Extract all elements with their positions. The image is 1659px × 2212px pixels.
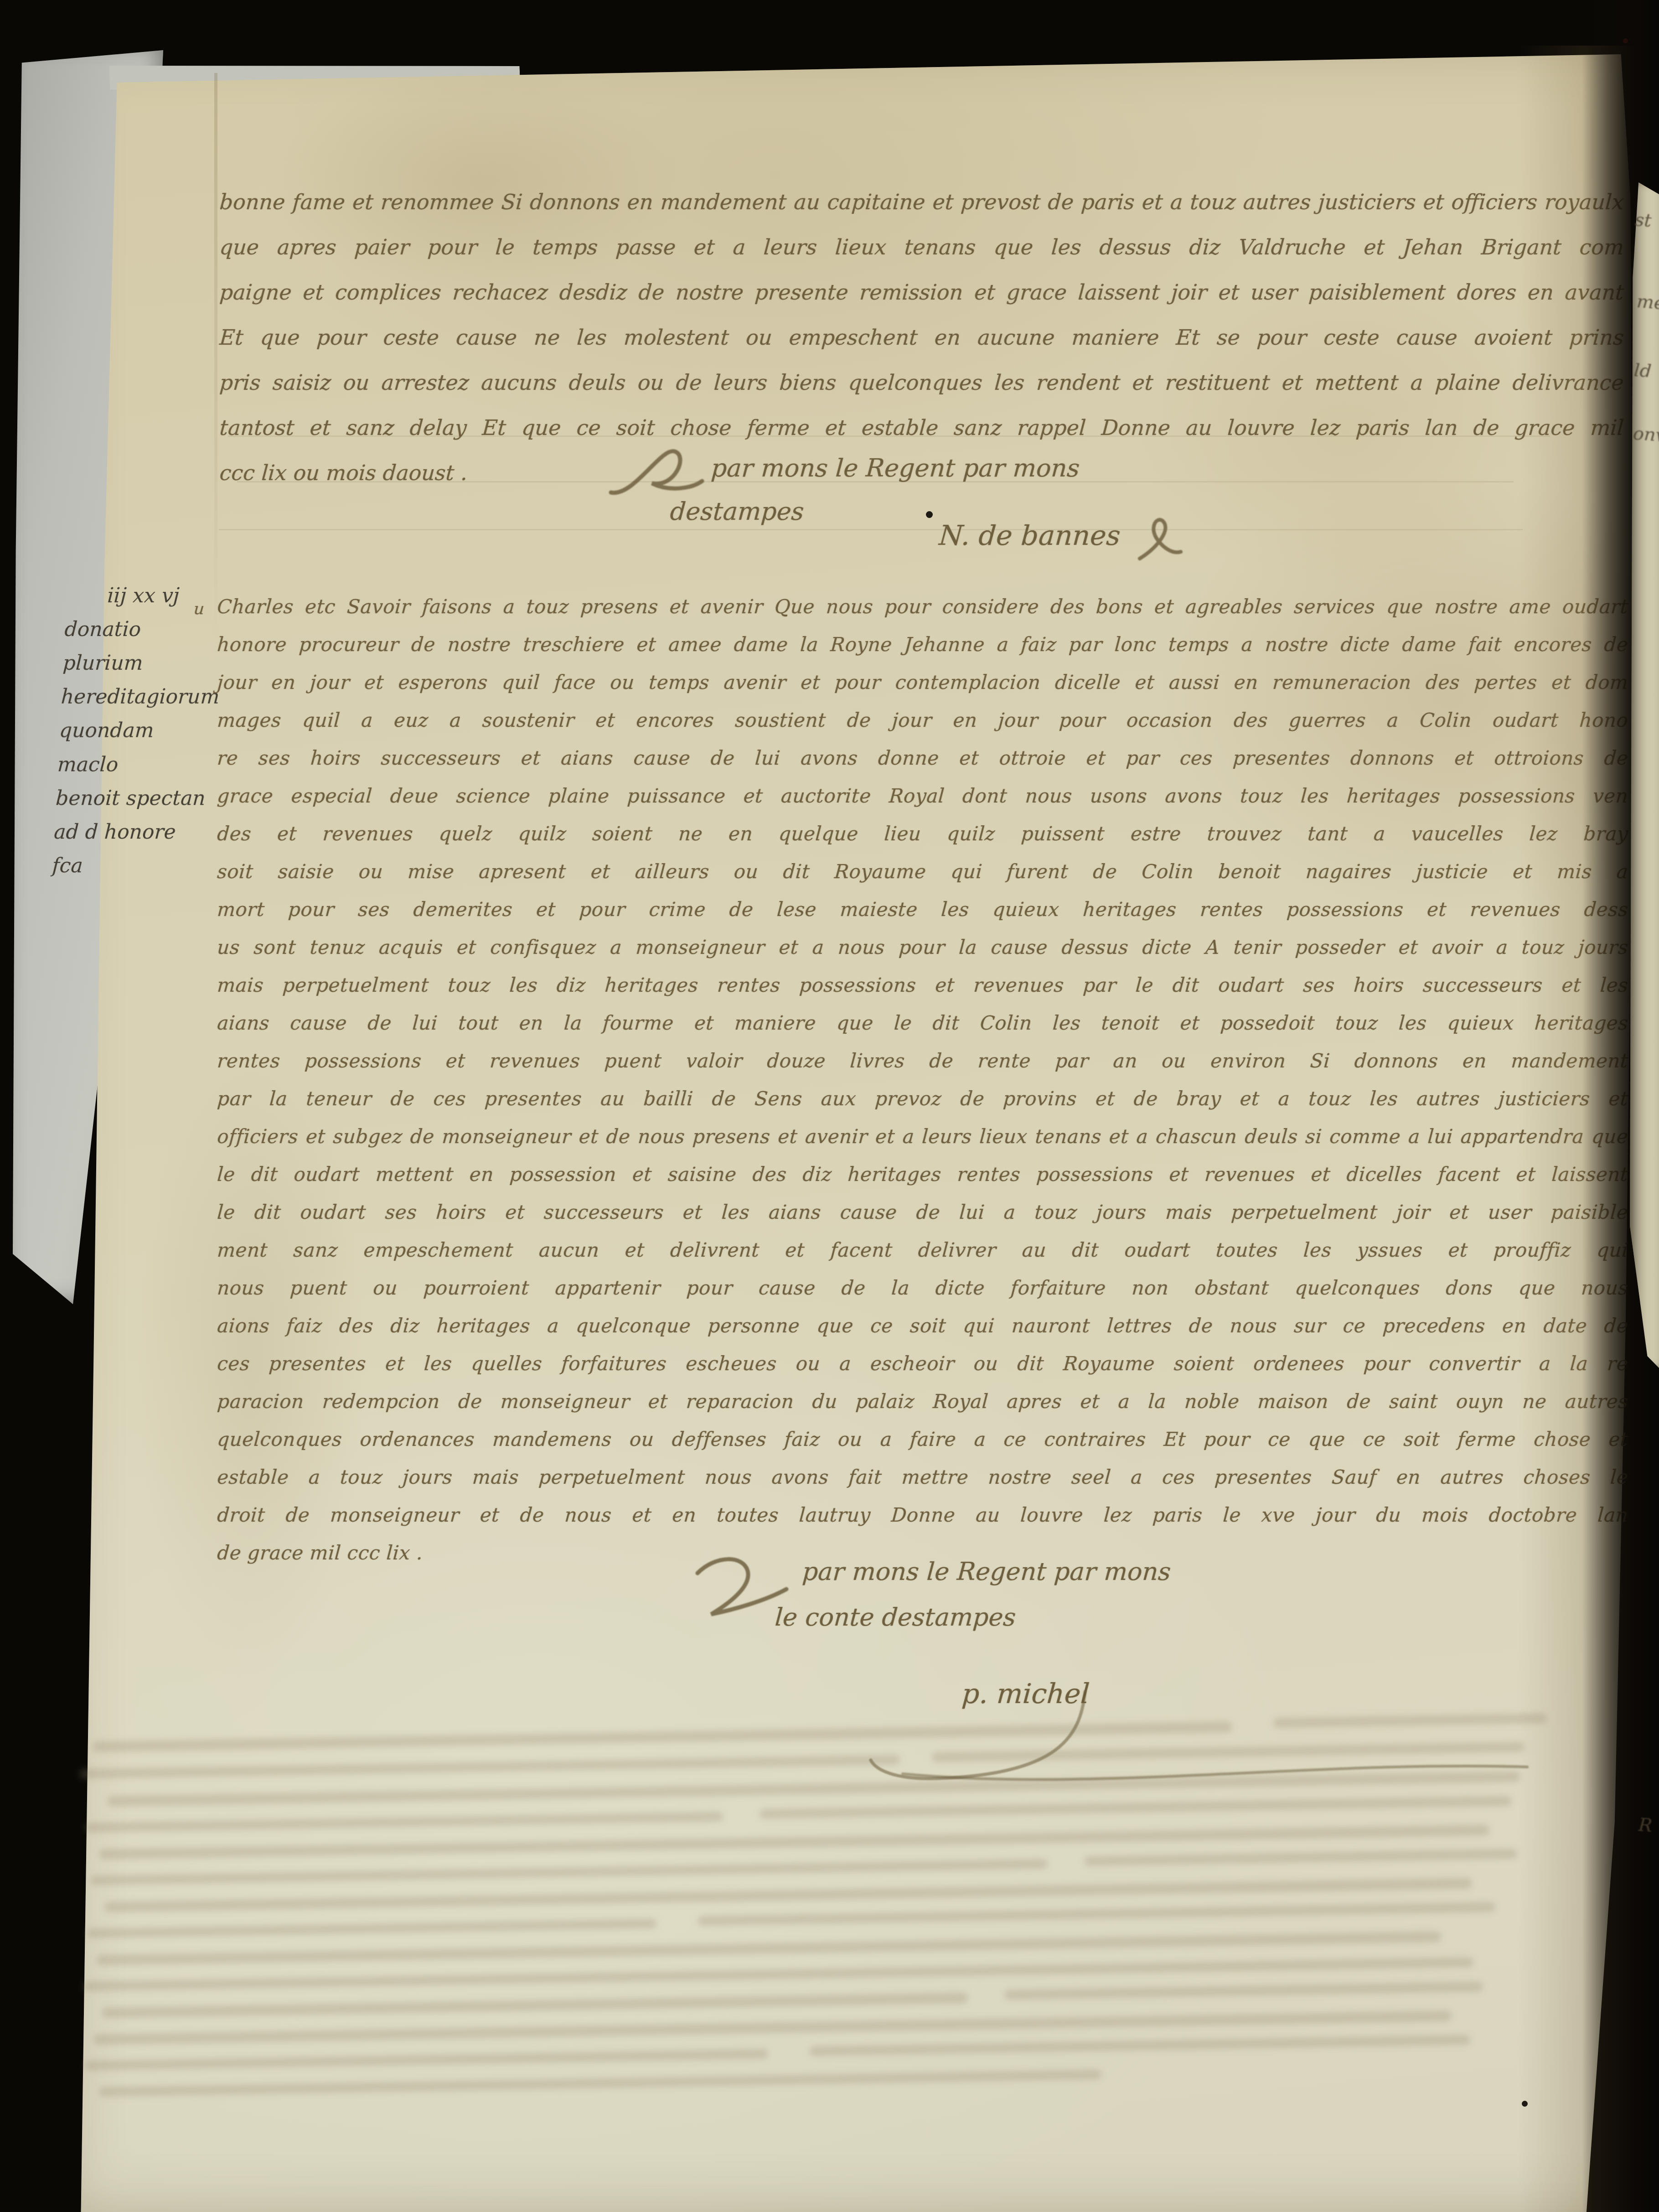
margin-note-line: hereditagiorum: [60, 680, 217, 714]
margin-note-line: benoit spectan: [55, 782, 212, 815]
fold-crease: [214, 73, 217, 643]
manuscript-line: honore procureur de nostre treschiere et…: [215, 635, 1629, 673]
manuscript-line: officiers et subgez de monseigneur et de…: [215, 1127, 1629, 1165]
manuscript-line: pris saisiz ou arrestez aucuns deuls ou …: [217, 372, 1625, 417]
manuscript-line: soit saisie ou mise apresent et ailleurs…: [215, 862, 1629, 900]
manuscript-line: ment sanz empeschement aucun et delivren…: [215, 1241, 1629, 1279]
margin-note-line: quondam maclo: [57, 714, 215, 782]
facing-page-text-fragment: ld: [1633, 360, 1652, 382]
manuscript-line: des et revenues quelz quilz soient ne en…: [215, 824, 1629, 862]
manuscript-line: aions faiz des diz heritages a quelconqu…: [215, 1316, 1629, 1354]
manuscript-line: ces presentes et les quelles forfaitures…: [215, 1354, 1629, 1392]
manuscript-line: bonne fame et renommee Si donnons en man…: [217, 192, 1625, 237]
manuscript-line: quelconques ordenances mandemens ou deff…: [215, 1430, 1629, 1468]
manuscript-line: le dit oudart mettent en possession et s…: [215, 1165, 1629, 1203]
manuscript-line: jour en jour et esperons quil face ou te…: [215, 673, 1629, 711]
manuscript-line: nous puent ou pourroient appartenir pour…: [215, 1279, 1629, 1316]
facing-page-text-fragment: st: [1634, 209, 1652, 231]
manuscript-line: mort pour ses demerites et pour crime de…: [215, 900, 1629, 938]
manuscript-line: rentes possessions et revenues puent val…: [215, 1052, 1629, 1089]
manuscript-line: par la teneur de ces presentes au bailli…: [215, 1089, 1629, 1127]
manuscript-line: Et que pour ceste cause ne les molestent…: [217, 327, 1625, 372]
subscription-lower-line1: par mons le Regent par mons: [801, 1557, 1172, 1586]
margin-note-line: donatio plurium: [62, 613, 221, 680]
subscription-upper-line1: par mons le Regent par mons: [710, 454, 1081, 482]
manuscript-line: mais perpetuelment touz les diz heritage…: [215, 976, 1629, 1014]
manuscript-line: le dit oudart ses hoirs et successeurs e…: [215, 1203, 1629, 1241]
manuscript-line: aians cause de lui tout en la fourme et …: [215, 1014, 1629, 1052]
manuscript-line: que apres paier pour le temps passe et a…: [217, 237, 1625, 282]
margin-note-line: fca: [52, 849, 208, 883]
paragraph-mark: u: [193, 600, 205, 618]
manuscript-line: Charles etc Savoir faisons a touz presen…: [215, 597, 1629, 635]
ruling-line: [219, 529, 1523, 530]
ink-dot: [926, 511, 933, 518]
margin-note: iij xx vj donatio plurium hereditagiorum…: [52, 579, 222, 883]
facing-page-text-fragment: onv: [1632, 423, 1659, 446]
signature-n-de-bannes: N. de bannes: [938, 520, 1122, 552]
manuscript-line: re ses hoirs successeurs et aians cause …: [215, 749, 1629, 787]
manuscript-line: us sont tenuz acquis et confisquez a mon…: [215, 938, 1629, 976]
facing-page-text-fragment: R: [1638, 1814, 1653, 1836]
manuscript-line: grace especial deue science plaine puiss…: [215, 787, 1629, 824]
subscription-lower-line2: le conte destampes: [774, 1603, 1017, 1632]
manuscript-line: mages quil a euz a soustenir et encores …: [215, 711, 1629, 749]
manuscript-line: droit de monseigneur et de nous et en to…: [215, 1506, 1629, 1544]
subscription-upper-line2: destampes: [669, 497, 805, 526]
margin-note-line: ad d honore: [53, 815, 210, 849]
manuscript-photo: bonne fame et renommee Si donnons en man…: [0, 0, 1659, 2212]
signature-flourish: [866, 1683, 1550, 1801]
body-paragraph: Charles etc Savoir faisons a touz presen…: [217, 597, 1628, 1581]
facing-page-text-fragment: me: [1636, 291, 1659, 314]
signature-flourish: [1131, 515, 1185, 565]
manuscript-line: estable a touz jours mais perpetuelment …: [215, 1468, 1629, 1506]
manuscript-line: paracion redempcion de monseigneur et re…: [215, 1392, 1629, 1430]
manuscript-line: paigne et complices rechacez desdiz de n…: [217, 282, 1625, 327]
